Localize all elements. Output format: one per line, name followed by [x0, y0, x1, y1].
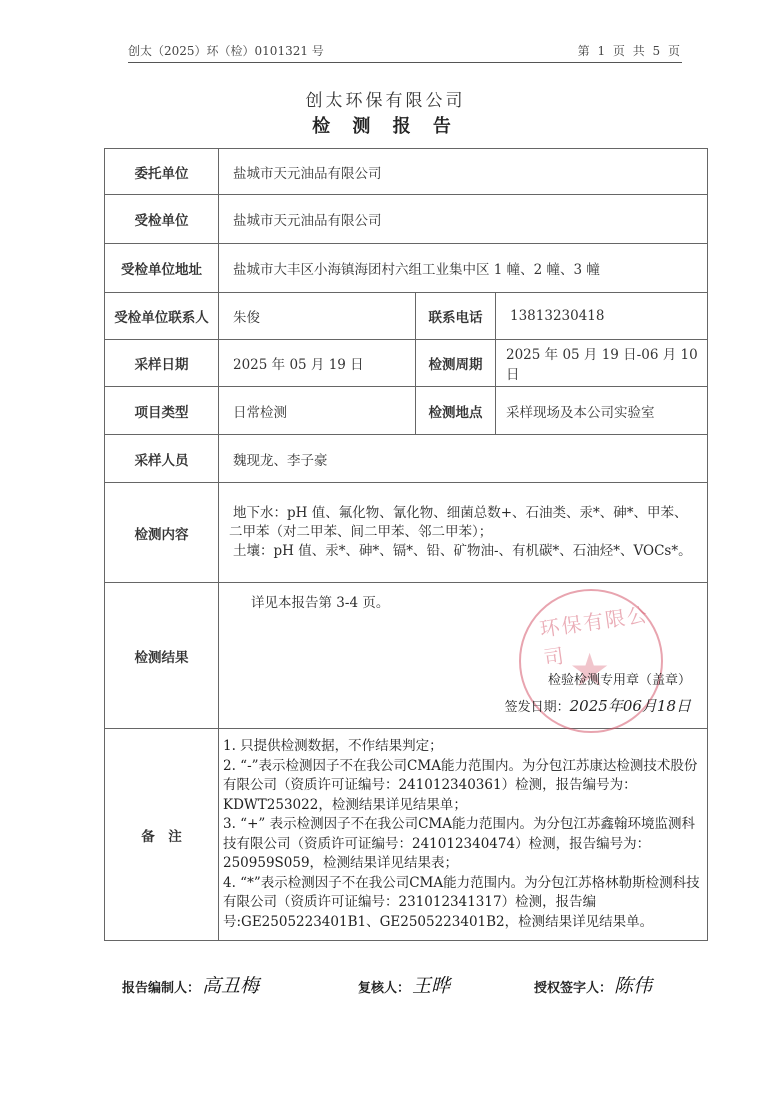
row-content: 检测内容 地下水：pH 值、氟化物、氰化物、细菌总数+、石油类、汞*、砷*、甲苯… — [105, 483, 708, 583]
remarks-label: 备 注 — [105, 729, 219, 941]
row-contact: 受检单位联系人 朱俊 联系电话 13813230418 — [105, 293, 708, 340]
test-period-value: 2025 年 05 月 19 日-06 月 10 日 — [496, 340, 708, 387]
result-cell: 详见本报告第 3-4 页。 环保有限公司 ★ 检验检测专用章（盖章） 签发日期：… — [219, 583, 708, 729]
issue-date-value: 2025年06月18日 — [570, 697, 691, 715]
row-inspected: 受检单位 盐城市天元油品有限公司 — [105, 195, 708, 244]
phone-value: 13813230418 — [496, 293, 708, 340]
row-remarks: 备 注 1. 只提供检测数据，不作结果判定； 2. “-”表示检测因子不在我公司… — [105, 729, 708, 941]
inspected-value: 盐城市天元油品有限公司 — [219, 195, 708, 244]
contact-label: 受检单位联系人 — [105, 293, 219, 340]
report-info-table: 委托单位 盐城市天元油品有限公司 受检单位 盐城市天元油品有限公司 受检单位地址… — [104, 148, 708, 941]
remark-item: 1. 只提供检测数据，不作结果判定； — [223, 737, 703, 757]
content-line: 土壤：pH 值、汞*、砷*、镉*、铅、矿物油-、有机碳*、石油烃*、VOCs*。 — [229, 542, 697, 561]
reviewer-signature: 复核人：王晔 — [358, 971, 450, 998]
sampling-date-label: 采样日期 — [105, 340, 219, 387]
project-type-label: 项目类型 — [105, 387, 219, 435]
compiler-sig: 高丑梅 — [202, 975, 259, 997]
issue-date: 签发日期：2025年06月18日 — [505, 695, 691, 716]
signature-block: 报告编制人：高丑梅 复核人：王晔 授权签字人：陈伟 — [122, 965, 692, 1005]
row-result: 检测结果 详见本报告第 3-4 页。 环保有限公司 ★ 检验检测专用章（盖章） … — [105, 583, 708, 729]
compiler-label: 报告编制人： — [122, 981, 200, 996]
test-location-label: 检测地点 — [416, 387, 496, 435]
page-header: 创太（2025）环（检）0101321 号 第 1 页 共 5 页 — [128, 38, 682, 63]
stamp-label: 检验检测专用章（盖章） — [548, 669, 691, 688]
authorized-sig: 陈伟 — [614, 975, 652, 997]
reviewer-label: 复核人： — [358, 981, 410, 996]
client-label: 委托单位 — [105, 149, 219, 195]
content-label: 检测内容 — [105, 483, 219, 583]
content-value: 地下水：pH 值、氟化物、氰化物、细菌总数+、石油类、汞*、砷*、甲苯、 二甲苯… — [219, 483, 708, 583]
inspected-label: 受检单位 — [105, 195, 219, 244]
report-number: 创太（2025）环（检）0101321 号 — [128, 42, 324, 59]
client-value: 盐城市天元油品有限公司 — [219, 149, 708, 195]
content-line: 地下水：pH 值、氟化物、氰化物、细菌总数+、石油类、汞*、砷*、甲苯、 — [229, 504, 697, 523]
address-label: 受检单位地址 — [105, 244, 219, 293]
remarks-value: 1. 只提供检测数据，不作结果判定； 2. “-”表示检测因子不在我公司CMA能… — [219, 729, 708, 941]
content-line: 二甲苯（对二甲苯、间二甲苯、邻二甲苯）； — [229, 523, 697, 542]
reviewer-sig: 王晔 — [412, 975, 450, 997]
row-project: 项目类型 日常检测 检测地点 采样现场及本公司实验室 — [105, 387, 708, 435]
row-address: 受检单位地址 盐城市大丰区小海镇海团村六组工业集中区 1 幢、2 幢、3 幢 — [105, 244, 708, 293]
row-dates: 采样日期 2025 年 05 月 19 日 检测周期 2025 年 05 月 1… — [105, 340, 708, 387]
issue-date-label: 签发日期： — [505, 700, 570, 715]
compiler-signature: 报告编制人：高丑梅 — [122, 971, 259, 998]
remark-item: 4. “*”表示检测因子不在我公司CMA能力范围内。为分包江苏格林勒斯检测科技有… — [223, 874, 703, 933]
sampling-date-value: 2025 年 05 月 19 日 — [219, 340, 416, 387]
samplers-value: 魏现龙、李子豪 — [219, 435, 708, 483]
company-name: 创太环保有限公司 — [0, 86, 771, 111]
row-samplers: 采样人员 魏现龙、李子豪 — [105, 435, 708, 483]
row-client: 委托单位 盐城市天元油品有限公司 — [105, 149, 708, 195]
remark-item: 3. “+” 表示检测因子不在我公司CMA能力范围内。为分包江苏鑫翰环境监测科技… — [223, 815, 703, 874]
page-info: 第 1 页 共 5 页 — [578, 42, 682, 59]
address-value: 盐城市大丰区小海镇海团村六组工业集中区 1 幢、2 幢、3 幢 — [219, 244, 708, 293]
result-value: 详见本报告第 3-4 页。 — [251, 591, 389, 611]
contact-value: 朱俊 — [219, 293, 416, 340]
test-period-label: 检测周期 — [416, 340, 496, 387]
samplers-label: 采样人员 — [105, 435, 219, 483]
test-location-value: 采样现场及本公司实验室 — [496, 387, 708, 435]
project-type-value: 日常检测 — [219, 387, 416, 435]
result-label: 检测结果 — [105, 583, 219, 729]
document-title: 检 测 报 告 — [0, 112, 771, 138]
authorized-label: 授权签字人： — [534, 981, 612, 996]
remark-item: 2. “-”表示检测因子不在我公司CMA能力范围内。为分包江苏康达检测技术股份有… — [223, 757, 703, 816]
authorized-signature: 授权签字人：陈伟 — [534, 971, 652, 998]
phone-label: 联系电话 — [416, 293, 496, 340]
